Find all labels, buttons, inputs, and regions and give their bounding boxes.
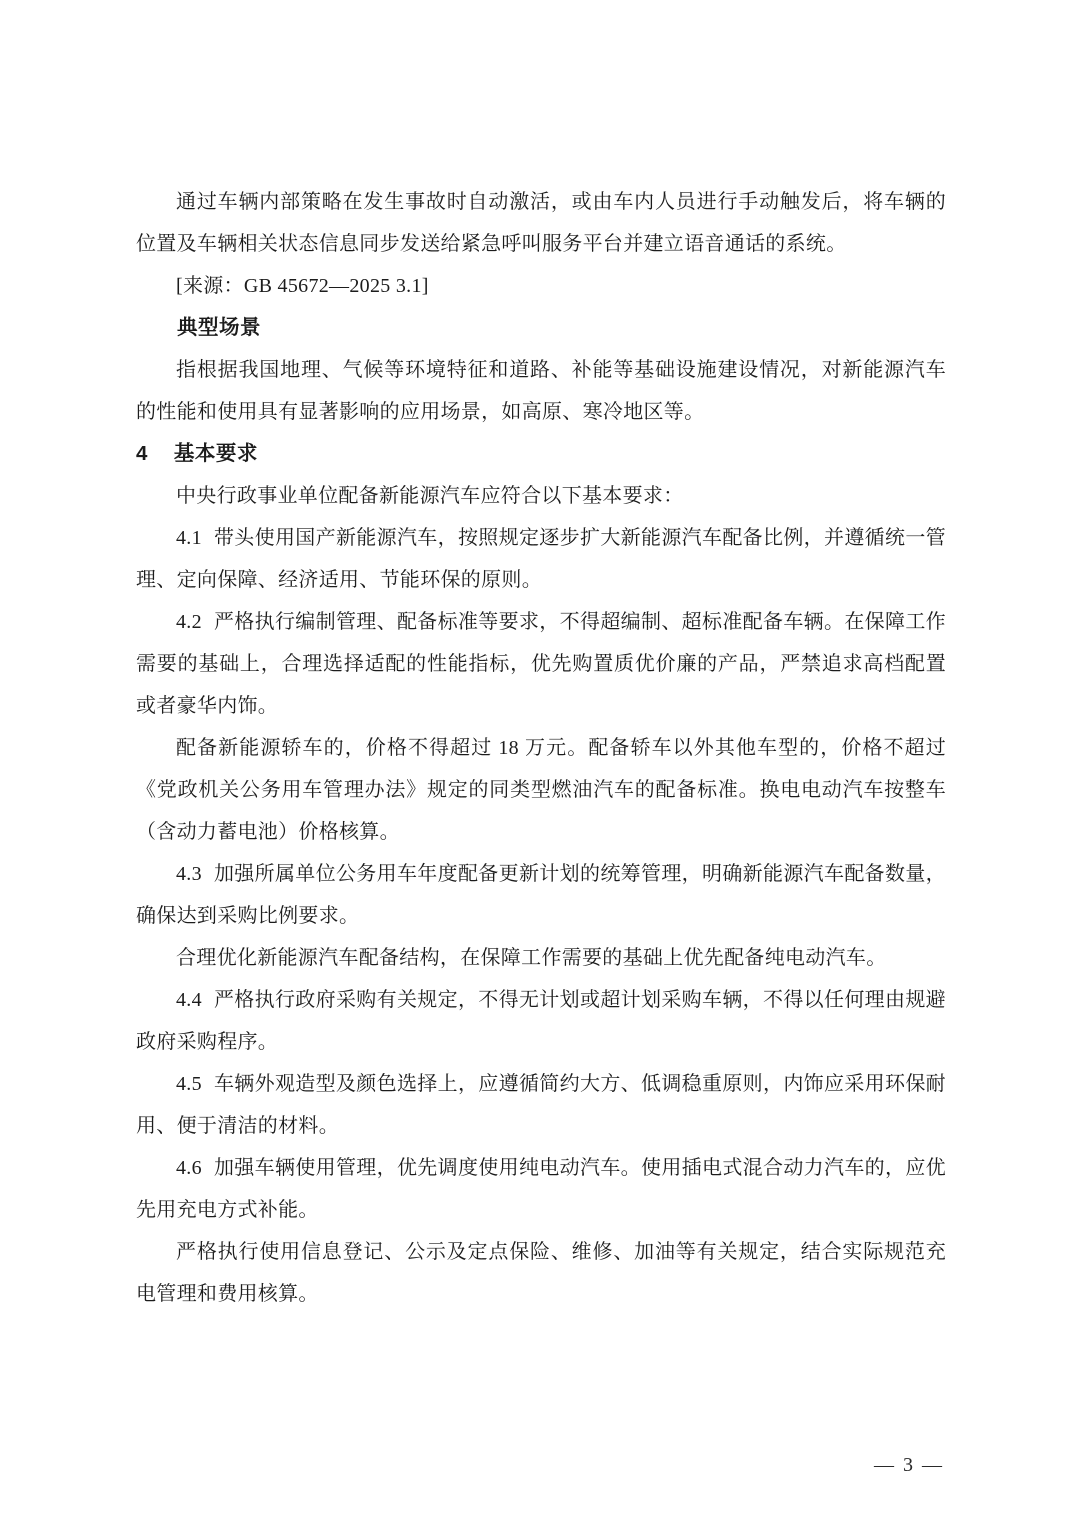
clause-4-3: 4.3加强所属单位公务用车年度配备更新计划的统筹管理，明确新能源汽车配备数量，确… <box>136 853 946 937</box>
section-heading-basic-requirements: 4基本要求 <box>136 433 946 475</box>
clause-text: 加强车辆使用管理，优先调度使用纯电动汽车。使用插电式混合动力汽车的，应优先用充电… <box>136 1157 946 1221</box>
clause-text: 车辆外观造型及颜色选择上，应遵循简约大方、低调稳重原则，内饰应采用环保耐用、便于… <box>136 1073 946 1137</box>
paragraph-source-reference: [来源：GB 45672—2025 3.1] <box>136 265 946 307</box>
clause-4-1: 4.1带头使用国产新能源汽车，按照规定逐步扩大新能源汽车配备比例，并遵循统一管理… <box>136 517 946 601</box>
clause-number: 4.6 <box>176 1157 202 1179</box>
paragraph-requirements-lead-in: 中央行政事业单位配备新能源汽车应符合以下基本要求： <box>136 475 946 517</box>
paragraph-price-limits: 配备新能源轿车的，价格不得超过 18 万元。配备轿车以外其他车型的，价格不超过《… <box>136 727 946 853</box>
document-body: 通过车辆内部策略在发生事故时自动激活，或由车内人员进行手动触发后，将车辆的位置及… <box>136 181 946 1315</box>
clause-text: 严格执行编制管理、配备标准等要求，不得超编制、超标准配备车辆。在保障工作需要的基… <box>136 611 946 717</box>
clause-4-2: 4.2严格执行编制管理、配备标准等要求，不得超编制、超标准配备车辆。在保障工作需… <box>136 601 946 727</box>
section-title: 基本要求 <box>174 442 258 465</box>
clause-number: 4.4 <box>176 989 202 1011</box>
clause-number: 4.1 <box>176 527 202 549</box>
clause-4-5: 4.5车辆外观造型及颜色选择上，应遵循简约大方、低调稳重原则，内饰应采用环保耐用… <box>136 1063 946 1147</box>
clause-number: 4.3 <box>176 863 202 885</box>
section-number: 4 <box>136 433 148 475</box>
clause-number: 4.2 <box>176 611 202 633</box>
page-footer: — 3 — <box>874 1450 944 1480</box>
clause-4-4: 4.4严格执行政府采购有关规定，不得无计划或超计划采购车辆，不得以任何理由规避政… <box>136 979 946 1063</box>
paragraph-scenario-definition: 指根据我国地理、气候等环境特征和道路、补能等基础设施建设情况，对新能源汽车的性能… <box>136 349 946 433</box>
clause-text: 严格执行政府采购有关规定，不得无计划或超计划采购车辆，不得以任何理由规避政府采购… <box>136 989 946 1053</box>
clause-4-6: 4.6加强车辆使用管理，优先调度使用纯电动汽车。使用插电式混合动力汽车的，应优先… <box>136 1147 946 1231</box>
page-number: — 3 — <box>874 1454 944 1476</box>
subheading-typical-scenario: 典型场景 <box>136 307 946 349</box>
paragraph-structure-optimization: 合理优化新能源汽车配备结构，在保障工作需要的基础上优先配备纯电动汽车。 <box>136 937 946 979</box>
clause-text: 带头使用国产新能源汽车，按照规定逐步扩大新能源汽车配备比例，并遵循统一管理、定向… <box>136 527 946 591</box>
paragraph-ecall-definition: 通过车辆内部策略在发生事故时自动激活，或由车内人员进行手动触发后，将车辆的位置及… <box>136 181 946 265</box>
clause-number: 4.5 <box>176 1073 202 1095</box>
clause-text: 加强所属单位公务用车年度配备更新计划的统筹管理，明确新能源汽车配备数量，确保达到… <box>136 863 946 927</box>
paragraph-usage-registration: 严格执行使用信息登记、公示及定点保险、维修、加油等有关规定，结合实际规范充电管理… <box>136 1231 946 1315</box>
document-page: { "colors": { "background": "#ffffff", "… <box>0 0 1080 1530</box>
